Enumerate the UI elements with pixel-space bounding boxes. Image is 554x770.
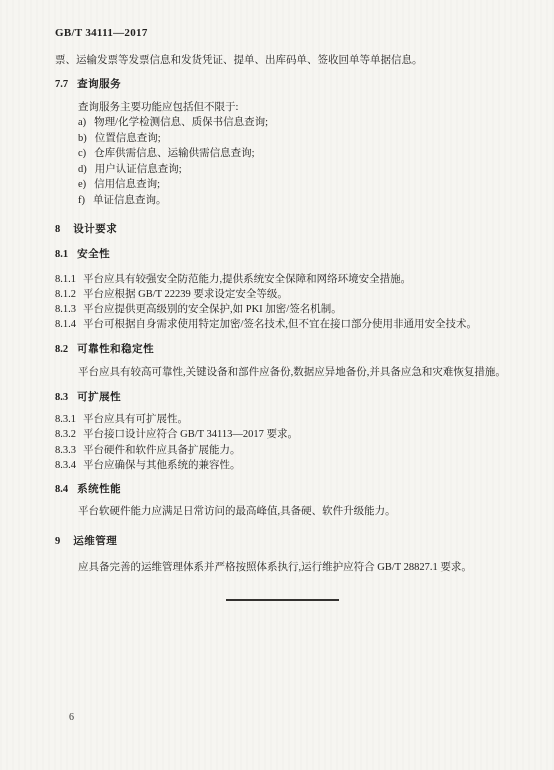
clause-number: 8.3.1 <box>55 414 76 425</box>
clause-8-1-4: 8.1.4平台可根据自身需求使用特定加密/签名技术,但不宜在接口部分使用非通用安… <box>55 317 510 332</box>
section-heading-8-4: 8.4系统性能 <box>55 482 510 497</box>
section-number: 8.4 <box>55 484 68 495</box>
section-number: 8.2 <box>55 344 68 355</box>
section-title: 系统性能 <box>77 484 121 495</box>
section-title: 可扩展性 <box>77 392 121 403</box>
clause-number: 8.1.2 <box>55 289 76 300</box>
paragraph-8-2: 平台应具有较高可靠性,关键设备和部件应备份,数据应异地备份,并具备应急和灾难恢复… <box>55 365 510 380</box>
list-item-label: e) <box>78 179 86 190</box>
list-item-c: c)仓库供需信息、运输供需信息查询; <box>55 146 510 162</box>
clause-number: 8.3.4 <box>55 460 76 471</box>
page-number: 6 <box>69 712 74 724</box>
query-service-list: a)物理/化学检测信息、质保书信息查询; b)位置信息查询; c)仓库供需信息、… <box>55 115 510 208</box>
list-item-label: f) <box>78 195 85 206</box>
clause-number: 8.3.3 <box>55 445 76 456</box>
clause-text: 平台应根据 GB/T 22239 要求设定安全等级。 <box>83 289 288 300</box>
section-heading-8: 8设计要求 <box>55 222 510 237</box>
section-title: 查询服务 <box>77 79 121 90</box>
clause-8-3-4: 8.3.4平台应确保与其他系统的兼容性。 <box>55 458 510 473</box>
list-item-text: 信用信息查询; <box>94 179 160 190</box>
list-item-f: f)单证信息查询。 <box>55 193 510 209</box>
clause-text: 平台应具有可扩展性。 <box>83 414 188 425</box>
clause-8-3-2: 8.3.2平台接口设计应符合 GB/T 34113—2017 要求。 <box>55 427 510 442</box>
section-heading-8-1: 8.1安全性 <box>55 247 510 262</box>
list-item-a: a)物理/化学检测信息、质保书信息查询; <box>55 115 510 131</box>
clause-text: 平台可根据自身需求使用特定加密/签名技术,但不宜在接口部分使用非通用安全技术。 <box>83 319 477 330</box>
query-intro-paragraph: 查询服务主要功能应包括但不限于: <box>55 100 510 115</box>
section-title: 运维管理 <box>73 536 117 547</box>
section-number: 9 <box>55 536 60 547</box>
clause-text: 平台应提供更高级别的安全保护,如 PKI 加密/签名机制。 <box>83 304 342 315</box>
list-item-d: d)用户认证信息查询; <box>55 162 510 178</box>
list-item-label: c) <box>78 148 86 159</box>
paragraph-9: 应具备完善的运维管理体系并严格按照体系执行,运行维护应符合 GB/T 28827… <box>55 560 510 575</box>
clause-8-1-2: 8.1.2平台应根据 GB/T 22239 要求设定安全等级。 <box>55 287 510 302</box>
clause-group-8-3: 8.3.1平台应具有可扩展性。 8.3.2平台接口设计应符合 GB/T 3411… <box>55 412 510 473</box>
list-item-text: 仓库供需信息、运输供需信息查询; <box>94 148 254 159</box>
section-title: 可靠性和稳定性 <box>77 344 154 355</box>
list-item-e: e)信用信息查询; <box>55 177 510 193</box>
list-item-text: 用户认证信息查询; <box>95 164 182 175</box>
clause-8-1-3: 8.1.3平台应提供更高级别的安全保护,如 PKI 加密/签名机制。 <box>55 302 510 317</box>
clause-8-1-1: 8.1.1平台应具有较强安全防范能力,提供系统安全保障和网络环境安全措施。 <box>55 272 510 287</box>
section-number: 8.1 <box>55 249 68 260</box>
clause-text: 平台应确保与其他系统的兼容性。 <box>83 460 241 471</box>
section-title: 设计要求 <box>73 224 117 235</box>
list-item-text: 物理/化学检测信息、质保书信息查询; <box>94 117 268 128</box>
section-heading-8-3: 8.3可扩展性 <box>55 390 510 405</box>
paragraph-8-4: 平台软硬件能力应满足日常访问的最高峰值,具备硬、软件升级能力。 <box>55 504 510 519</box>
section-title: 安全性 <box>77 249 110 260</box>
clause-8-3-3: 8.3.3平台硬件和软件应具备扩展能力。 <box>55 443 510 458</box>
section-heading-7-7: 7.7查询服务 <box>55 77 510 92</box>
list-item-text: 单证信息查询。 <box>93 195 167 206</box>
clause-text: 平台应具有较强安全防范能力,提供系统安全保障和网络环境安全措施。 <box>83 274 411 285</box>
continuation-paragraph: 票、运输发票等发票信息和发货凭证、提单、出库码单、签收回单等单据信息。 <box>55 53 510 68</box>
page-content: GB/T 34111—2017 票、运输发票等发票信息和发货凭证、提单、出库码单… <box>0 26 554 601</box>
list-item-label: a) <box>78 117 86 128</box>
clause-text: 平台接口设计应符合 GB/T 34113—2017 要求。 <box>83 429 298 440</box>
section-heading-9: 9运维管理 <box>55 534 510 549</box>
list-item-text: 位置信息查询; <box>95 133 161 144</box>
clause-group-8-1: 8.1.1平台应具有较强安全防范能力,提供系统安全保障和网络环境安全措施。 8.… <box>55 272 510 332</box>
section-number: 7.7 <box>55 79 68 90</box>
clause-number: 8.1.4 <box>55 319 76 330</box>
end-of-document-rule <box>226 599 339 601</box>
list-item-label: d) <box>78 164 87 175</box>
document-page: GB/T 34111—2017 票、运输发票等发票信息和发货凭证、提单、出库码单… <box>0 0 554 770</box>
clause-number: 8.1.1 <box>55 274 76 285</box>
clause-number: 8.3.2 <box>55 429 76 440</box>
section-number: 8.3 <box>55 392 68 403</box>
section-number: 8 <box>55 224 60 235</box>
clause-text: 平台硬件和软件应具备扩展能力。 <box>83 445 241 456</box>
standard-number-header: GB/T 34111—2017 <box>55 26 510 41</box>
list-item-label: b) <box>78 133 87 144</box>
clause-number: 8.1.3 <box>55 304 76 315</box>
clause-8-3-1: 8.3.1平台应具有可扩展性。 <box>55 412 510 427</box>
list-item-b: b)位置信息查询; <box>55 131 510 147</box>
section-heading-8-2: 8.2可靠性和稳定性 <box>55 342 510 357</box>
